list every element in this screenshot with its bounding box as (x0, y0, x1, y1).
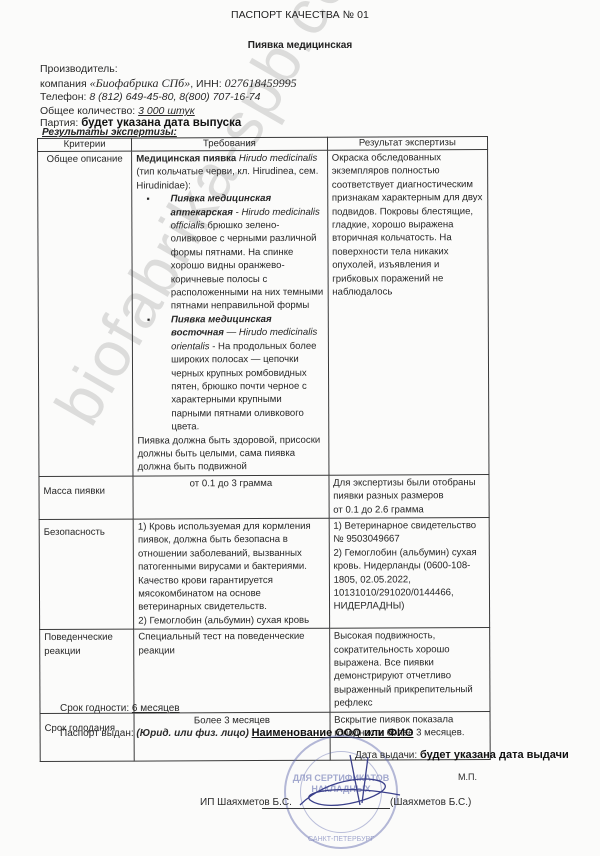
requirement-outro: Пиявка должна быть здоровой, присоски до… (137, 433, 324, 474)
criterion-cell: Поведенческие реакции (40, 629, 135, 713)
criterion-cell: Масса пиявки (39, 476, 133, 520)
producer-label: Производитель: (40, 63, 118, 75)
issue-date-value: будет указана дата выдачи (420, 749, 569, 761)
signer-left: ИП Шаяхметов Б.С. (200, 797, 292, 808)
list-item: Пиявка медицинская аптекарская - Hirudo … (158, 192, 323, 313)
criterion-cell: Безопасность (39, 519, 134, 630)
requirement-cell: Медицинская пиявка Hirudo medicinalis (т… (132, 150, 329, 476)
expertise-table: Критерии Требования Результат экспертизы… (37, 136, 491, 762)
phone-value: 8 (812) 649-45-80, 8(800) 707-16-74 (89, 91, 260, 103)
shelf-life-value: 6 месяцев (132, 703, 180, 714)
table-row: Общее описание Медицинская пиявка Hirudo… (38, 150, 489, 477)
result-cell: Для экспертизы были отобраны пиявки разн… (329, 474, 490, 518)
table-row: Поведенческие реакции Специальный тест н… (40, 628, 490, 713)
signature-line (262, 808, 390, 809)
criterion-cell: Общее описание (38, 151, 134, 476)
inn-value: 027618459995 (225, 76, 297, 90)
table-row: Масса пиявки от 0.1 до 3 грамма Для эксп… (39, 474, 489, 519)
seal-label: М.П. (458, 772, 477, 782)
list-item: Пиявка медицинская восточная — Hirudo me… (159, 313, 324, 434)
result-cell: Окраска обследованных экземпляров полнос… (327, 150, 489, 475)
column-header-criteria: Критерии (38, 138, 132, 151)
signer-right: (Шаяхметов Б.С.) (390, 797, 471, 808)
column-header-result: Результат экспертизы (327, 137, 487, 151)
results-section-label: Результаты экспертизы: (42, 127, 177, 138)
issue-date-line: Дата выдачи: будет указана дата выдачи (355, 749, 569, 761)
quality-passport-page: ПАСПОРТ КАЧЕСТВА № 01 Пиявка медицинская… (0, 0, 600, 856)
subspecies-list: Пиявка медицинская аптекарская - Hirudo … (136, 192, 323, 434)
phone-line: Телефон: 8 (812) 649-45-80, 8(800) 707-1… (40, 91, 260, 103)
issued-to-line: Паспорт выдан: (Юрид. или физ. лицо) Наи… (60, 727, 413, 739)
stamp-ring-bottom: САНКТ-ПЕТЕРБУРГ (286, 836, 396, 843)
requirement-cell: Специальный тест на поведенческие реакци… (134, 628, 330, 712)
result-cell: Высокая подвижность, сократительность хо… (329, 628, 490, 712)
table-header-row: Критерии Требования Результат экспертизы (38, 137, 488, 152)
result-cell: 1) Ветеринарное свидетельство № 95030496… (329, 517, 490, 628)
requirement-cell: 1) Кровь используемая для кормления пияв… (133, 518, 329, 629)
shelf-life-line: Срок годности: 6 месяцев (60, 703, 180, 714)
quantity-value: 3 000 штук (138, 105, 195, 117)
company-line: компания «Биофабрика СПб», ИНН: 02761845… (40, 76, 297, 91)
company-name: «Биофабрика СПб» (90, 76, 191, 90)
document-subtitle: Пиявка медицинская (0, 40, 600, 51)
requirement-intro: Медицинская пиявка Hirudo medicinalis (т… (136, 152, 323, 193)
requirement-cell: от 0.1 до 3 грамма (133, 475, 329, 519)
quantity-line: Общее количество: 3 000 штук (40, 105, 195, 117)
column-header-requirements: Требования (132, 137, 327, 151)
document-title: ПАСПОРТ КАЧЕСТВА № 01 (0, 9, 600, 21)
table-row: Безопасность 1) Кровь используемая для к… (39, 517, 489, 629)
